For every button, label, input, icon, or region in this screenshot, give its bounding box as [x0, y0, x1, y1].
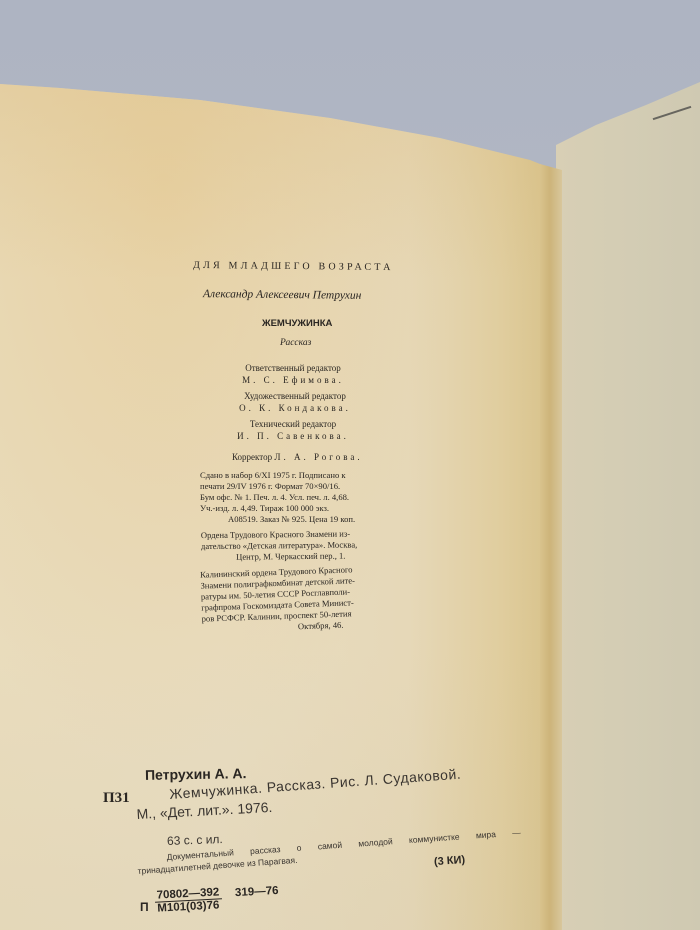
- production-line: Бум офс. № 1. Печ. л. 4. Усл. печ. л. 4,…: [200, 492, 405, 503]
- credit-role: Технический редактор: [228, 418, 358, 430]
- catalog-badge: (3 КИ): [434, 854, 466, 868]
- book-genre: Рассказ: [280, 338, 311, 348]
- index-prefix: П: [140, 900, 149, 914]
- production-line: печати 29/IV 1976 г. Формат 70×90/16.: [200, 481, 405, 492]
- production-line: Уч.-изд. л. 4,49. Тираж 100 000 экз.: [200, 503, 405, 514]
- credit-name: И. П. Савенкова.: [228, 430, 358, 442]
- index-tail: 319—76: [235, 885, 279, 899]
- right-page: [556, 0, 700, 930]
- credit-role: Корректор: [232, 452, 272, 462]
- publisher-line: Центр, М. Черкасский пер., 1.: [201, 550, 411, 563]
- catalog-code: П31: [103, 790, 130, 807]
- index-fraction: 70802—392 М101(03)76: [154, 886, 222, 914]
- production-line: Сдано в набор 6/XI 1975 г. Подписано к: [200, 470, 405, 481]
- credit-responsible-editor: Ответственный редактор М. С. Ефимова.: [228, 362, 358, 386]
- credit-corrector: Корректор Л. А. Рогова.: [232, 452, 363, 462]
- credit-art-editor: Художественный редактор О. К. Кондакова.: [225, 390, 365, 414]
- production-details: Сдано в набор 6/XI 1975 г. Подписано к п…: [200, 470, 405, 525]
- credit-technical-editor: Технический редактор И. П. Савенкова.: [228, 418, 358, 442]
- publisher-details: Ордена Трудового Красного Знамени из- да…: [201, 528, 411, 563]
- credit-name: О. К. Кондакова.: [225, 402, 365, 414]
- book-title: ЖЕМЧУЖИНКА: [262, 318, 332, 329]
- author-full-name: Александр Алексеевич Петрухин: [203, 288, 362, 302]
- production-line: А08519. Заказ № 925. Цена 19 коп.: [200, 514, 405, 525]
- audience-label: ДЛЯ МЛАДШЕГО ВОЗРАСТА: [193, 260, 394, 273]
- printer-details: Калининский ордена Трудового Красного Зн…: [200, 562, 412, 635]
- credit-role: Ответственный редактор: [228, 362, 358, 374]
- credit-name: Л. А. Рогова.: [274, 452, 362, 462]
- catalog-author: Петрухин А. А.: [145, 765, 247, 783]
- credit-name: М. С. Ефимова.: [228, 374, 358, 386]
- credit-role: Художественный редактор: [225, 390, 365, 402]
- catalog-pages: 63 с. с ил.: [167, 832, 223, 848]
